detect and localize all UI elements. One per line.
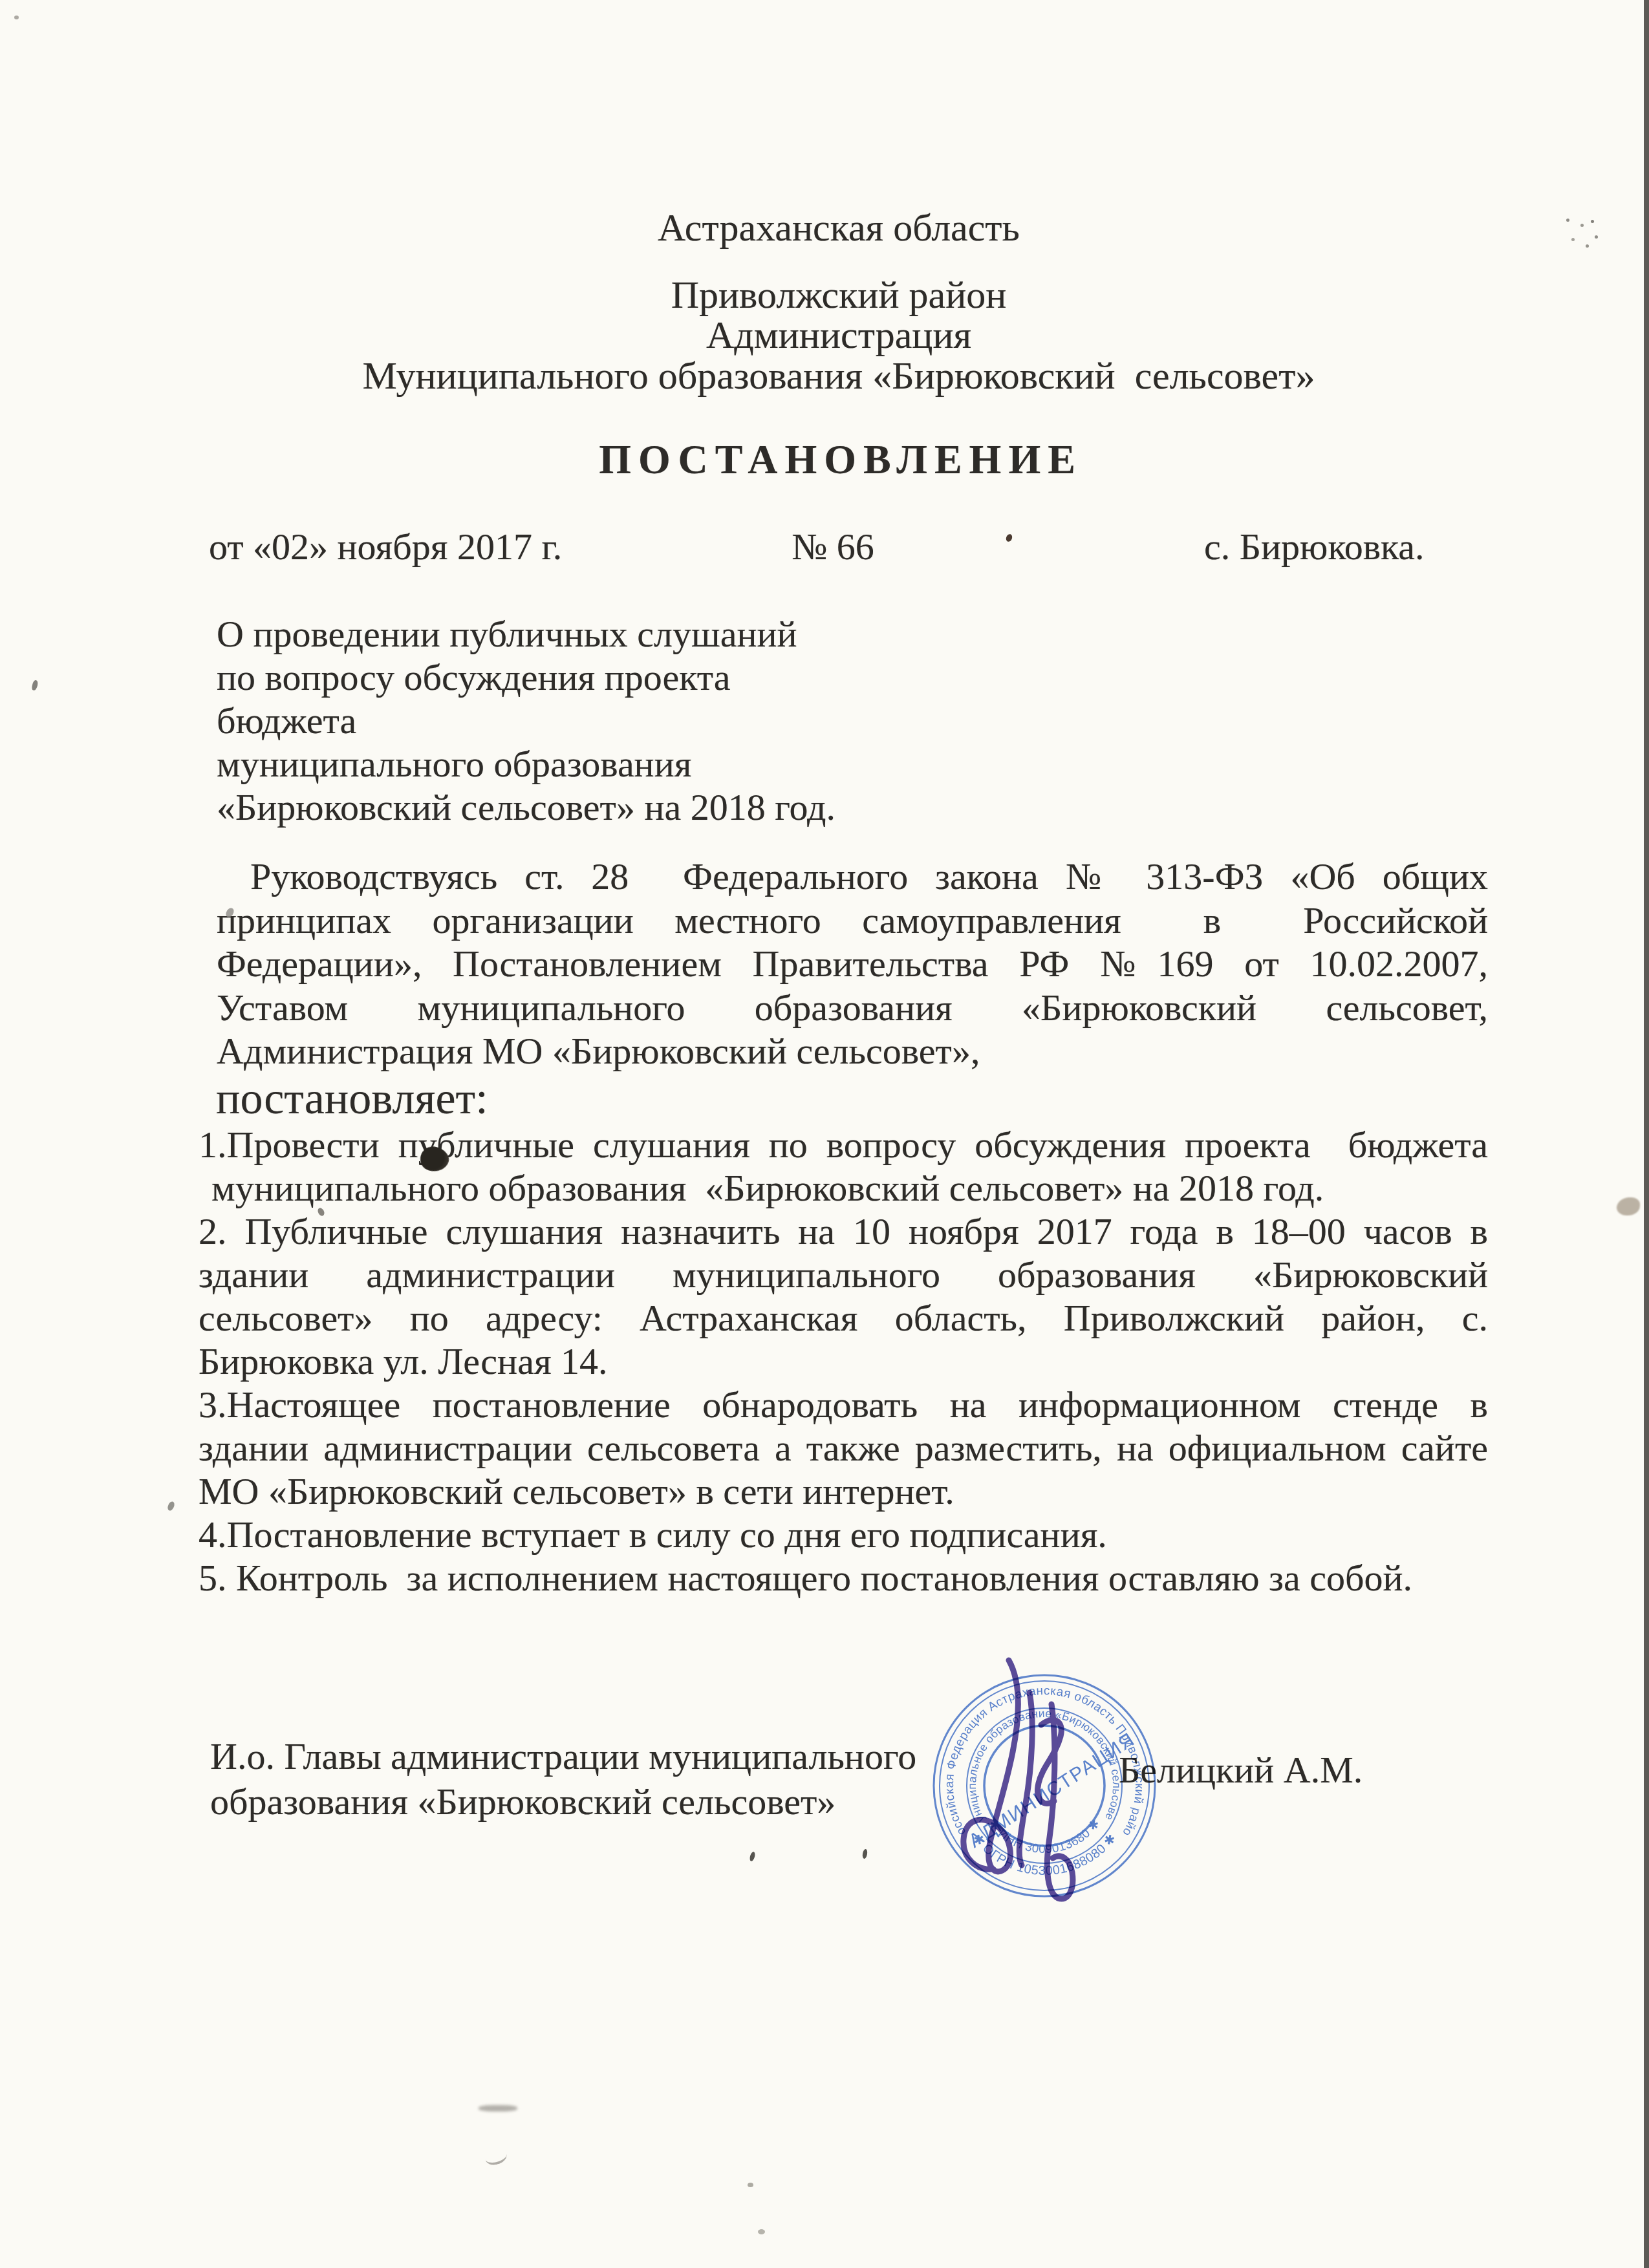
document-title: ПОСТАНОВЛЕНИЕ: [0, 436, 1649, 484]
speck-cluster-artifact: [1566, 219, 1569, 222]
speck-artifact: [1005, 533, 1013, 542]
resolution-item-line: Бирюковка ул. Лесная 14.: [199, 1340, 1488, 1383]
document-subject: О проведении публичных слушанийпо вопрос…: [217, 612, 850, 829]
header-region-line: Астраханская область: [0, 206, 1649, 250]
preamble-line: Руководствуясь ст. 28 Федерального закон…: [217, 855, 1488, 899]
resolution-item-line: 5. Контроль за исполнением настоящего по…: [199, 1556, 1488, 1599]
resolution-item-line: сельсовет» по адресу: Астраханская облас…: [199, 1296, 1488, 1340]
resolution-item-line: 3.Настоящее постановление обнародовать н…: [199, 1383, 1488, 1426]
header-district-line: Приволжский район: [0, 273, 1649, 317]
smudge-artifact: [484, 2147, 508, 2167]
speck-artifact: [758, 2229, 765, 2234]
speck-artifact: [14, 16, 19, 19]
document-date: от «02» ноября 2017 г.: [209, 525, 562, 568]
resolution-item-line: здании администрации сельсовета а также …: [199, 1426, 1488, 1470]
resolution-item-line: здании администрации муниципального обра…: [199, 1253, 1488, 1296]
scanned-document-page: { "page": { "background": "#fbfaf5", "in…: [0, 0, 1649, 2268]
signatory-title-line: И.о. Главы администрации муниципального: [210, 1734, 916, 1779]
resolution-items: 1.Провести публичные слушания по вопросу…: [199, 1123, 1488, 1599]
scan-edge-shadow: [1644, 0, 1649, 2268]
preamble-line: принципах организации местного самоуправ…: [217, 899, 1488, 943]
preamble-paragraph: Руководствуясь ст. 28 Федерального закон…: [217, 855, 1488, 1073]
preamble-line: Уставом муниципального образования «Бирю…: [217, 986, 1488, 1030]
subject-line: муниципального образования: [217, 742, 850, 786]
speck-artifact: [862, 1849, 868, 1859]
signatory-title-line: образования «Бирюковский сельсовет»: [210, 1779, 916, 1824]
document-place: с. Бирюковка.: [1204, 525, 1425, 568]
handwritten-signature: [944, 1642, 1112, 1914]
subject-line: О проведении публичных слушаний: [217, 612, 850, 656]
header-administration-line: Администрация: [0, 313, 1649, 358]
resolution-item-line: 2. Публичные слушания назначить на 10 но…: [199, 1210, 1488, 1253]
speck-artifact: [748, 2183, 753, 2187]
resolution-item-line: муниципального образования «Бирюковский …: [199, 1166, 1488, 1210]
resolution-item-line: 1.Провести публичные слушания по вопросу…: [199, 1123, 1488, 1166]
smudge-artifact: [479, 2105, 517, 2112]
preamble-line: Федерации», Постановлением Правительства…: [217, 942, 1488, 986]
signatory-title: И.о. Главы администрации муниципальногоо…: [210, 1734, 916, 1824]
resolves-label: постановляет:: [216, 1073, 488, 1125]
resolution-item-line: 4.Постановление вступает в силу со дня е…: [199, 1513, 1488, 1556]
smudge-artifact: [1617, 1197, 1640, 1215]
resolution-item-line: МО «Бирюковский сельсовет» в сети интерн…: [199, 1470, 1488, 1513]
speck-artifact: [749, 1851, 756, 1861]
subject-line: по вопросу обсуждения проекта бюджета: [217, 656, 850, 742]
speck-artifact: [166, 1501, 175, 1512]
preamble-line: Администрация МО «Бирюковский сельсовет»…: [217, 1029, 1488, 1073]
header-municipality-line: Муниципального образования «Бирюковский …: [0, 354, 1649, 398]
subject-line: «Бирюковский сельсовет» на 2018 год.: [217, 786, 850, 829]
speck-artifact: [31, 679, 38, 690]
document-number: № 66: [792, 525, 874, 568]
